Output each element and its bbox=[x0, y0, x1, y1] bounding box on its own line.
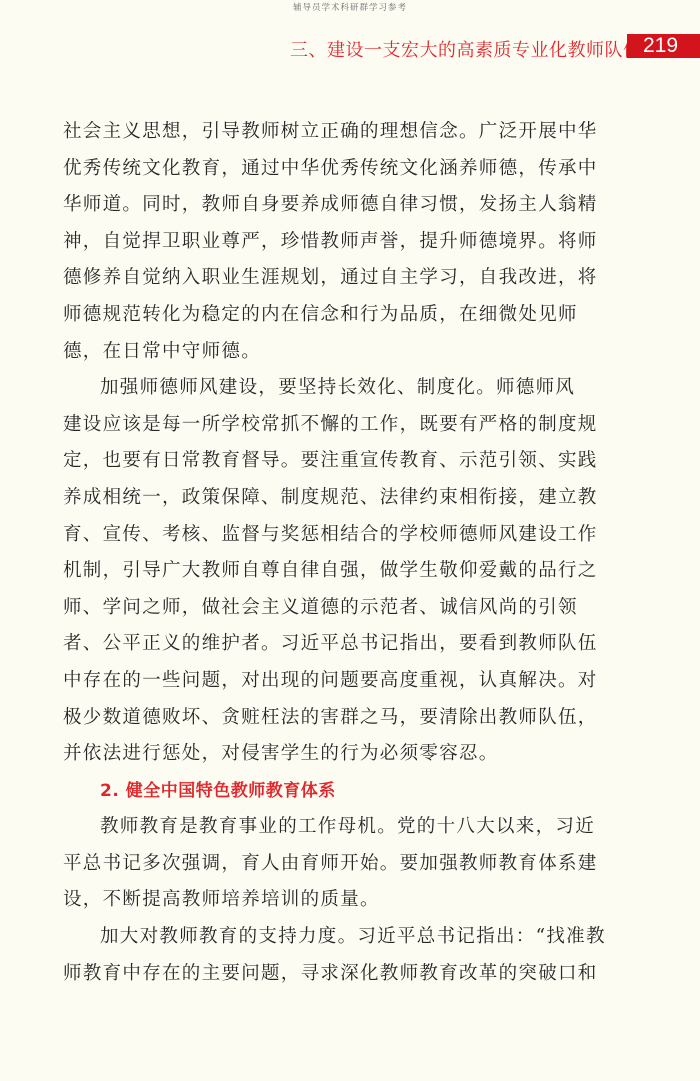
text-line: 师德规范转化为稳定的内在信念和行为品质，在细微处见师 bbox=[63, 297, 609, 334]
text-line: 养成相统一，政策保障、制度规范、法律约束相衔接，建立教 bbox=[63, 480, 609, 517]
text-line: 教师教育是教育事业的工作母机。党的十八大以来，习近 bbox=[63, 809, 609, 846]
text-line: 德，在日常中守师德。 bbox=[63, 334, 609, 371]
section-heading: 2. 健全中国特色教师教育体系 bbox=[63, 773, 609, 810]
text-line: 神，自觉捍卫职业尊严，珍惜教师声誉，提升师德境界。将师 bbox=[63, 224, 609, 261]
text-line: 华师道。同时，教师自身要养成师德自律习惯，发扬主人翁精 bbox=[63, 187, 609, 224]
text-line: 加大对教师教育的支持力度。习近平总书记指出：“找准教 bbox=[63, 919, 609, 956]
paragraph: 加强师德师风建设，要坚持长效化、制度化。师德师风 建设应该是每一所学校常抓不懈的… bbox=[63, 370, 609, 773]
text-line: 设，不断提高教师培养培训的质量。 bbox=[63, 882, 609, 919]
text-line: 优秀传统文化教育，通过中华优秀传统文化涵养师德，传承中 bbox=[63, 151, 609, 188]
body-text: 社会主义思想，引导教师树立正确的理想信念。广泛开展中华 优秀传统文化教育，通过中… bbox=[63, 114, 609, 992]
chapter-title: 三、建设一支宏大的高素质专业化教师队伍 bbox=[290, 36, 642, 62]
text-line: 师教育中存在的主要问题，寻求深化教师教育改革的突破口和 bbox=[63, 956, 609, 993]
page-number-badge: 219 bbox=[627, 34, 700, 58]
paragraph: 加大对教师教育的支持力度。习近平总书记指出：“找准教 师教育中存在的主要问题，寻… bbox=[63, 919, 609, 992]
text-line: 定，也要有日常教育督导。要注重宣传教育、示范引领、实践 bbox=[63, 443, 609, 480]
text-line: 平总书记多次强调，育人由育师开始。要加强教师教育体系建 bbox=[63, 846, 609, 883]
text-line: 社会主义思想，引导教师树立正确的理想信念。广泛开展中华 bbox=[63, 114, 609, 151]
text-line: 德修养自觉纳入职业生涯规划，通过自主学习，自我改进，将 bbox=[63, 260, 609, 297]
paragraph: 社会主义思想，引导教师树立正确的理想信念。广泛开展中华 优秀传统文化教育，通过中… bbox=[63, 114, 609, 370]
watermark-text: 辅导员学术科研群学习参考 bbox=[0, 1, 700, 13]
text-line: 中存在的一些问题，对出现的问题要高度重视，认真解决。对 bbox=[63, 663, 609, 700]
text-line: 极少数道德败坏、贪赃枉法的害群之马，要清除出教师队伍， bbox=[63, 700, 609, 737]
text-line: 机制，引导广大教师自尊自律自强，做学生敬仰爱戴的品行之 bbox=[63, 553, 609, 590]
text-line: 者、公平正义的维护者。习近平总书记指出，要看到教师队伍 bbox=[63, 626, 609, 663]
text-line: 育、宣传、考核、监督与奖惩相结合的学校师德师风建设工作 bbox=[63, 517, 609, 554]
text-line: 师、学问之师，做社会主义道德的示范者、诚信风尚的引领 bbox=[63, 590, 609, 627]
text-line: 建设应该是每一所学校常抓不懈的工作，既要有严格的制度规 bbox=[63, 407, 609, 444]
paragraph: 教师教育是教育事业的工作母机。党的十八大以来，习近 平总书记多次强调，育人由育师… bbox=[63, 809, 609, 919]
text-line: 并依法进行惩处，对侵害学生的行为必须零容忍。 bbox=[63, 736, 609, 773]
text-line: 加强师德师风建设，要坚持长效化、制度化。师德师风 bbox=[63, 370, 609, 407]
page-number: 219 bbox=[643, 34, 678, 58]
